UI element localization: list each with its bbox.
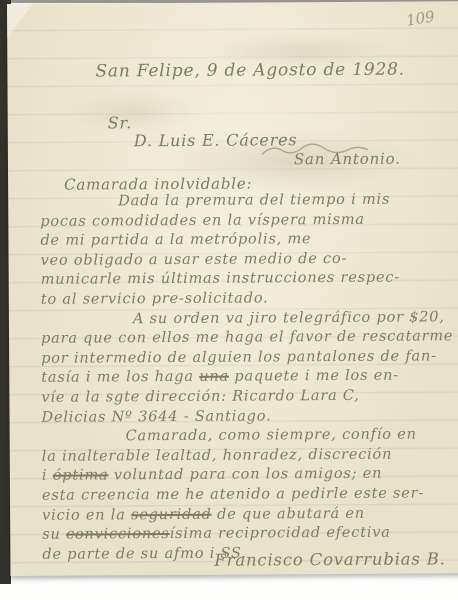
- struck-word: óptima: [53, 468, 109, 484]
- line-text: municarle mis últimas instrucciones resp…: [41, 270, 400, 288]
- addressee-place: San Antonio.: [294, 150, 401, 169]
- manuscript-line: Camarada, como siempre, confío en: [42, 425, 458, 447]
- manuscript-line: tasía i me los haga una paquete i me los…: [41, 367, 458, 389]
- letter-page: 109 San Felipe, 9 de Agosto de 1928. Sr.…: [7, 1, 458, 576]
- manuscript-line: su conviccionesísima reciprocidad efecti…: [42, 523, 458, 545]
- line-text: vicio en la: [42, 507, 131, 524]
- line-text: víe a la sgte dirección: Ricardo Lara C,: [41, 388, 359, 406]
- struck-word: convicciones: [66, 526, 170, 543]
- manuscript-line: para que con ellos me haga el favor de r…: [41, 327, 458, 349]
- line-text: esta creencia me he atenido a pedirle es…: [42, 485, 424, 503]
- line-text: de mi partida a la metrópolis, me: [40, 231, 311, 249]
- line-text: veo obligado a usar este medio de co-: [41, 251, 348, 269]
- manuscript-line: de mi partida a la metrópolis, me: [40, 229, 458, 251]
- line-text: su: [42, 527, 66, 543]
- line-text: de que abutará en: [212, 505, 365, 522]
- line-text: voluntad para con los amigos; en: [108, 466, 382, 484]
- manuscript-line: Delicias Nº 3644 - Santiago.: [41, 406, 458, 428]
- manuscript-line: municarle mis últimas instrucciones resp…: [41, 269, 458, 291]
- ink-bleed: [68, 91, 198, 134]
- folio-number: 109: [405, 7, 436, 29]
- line-text: A su orden va jiro telegráfico por $20,: [133, 309, 445, 327]
- manuscript-line: vicio en la seguridad de que abutará en: [42, 504, 458, 526]
- line-text: i: [42, 468, 53, 484]
- line-text: Delicias Nº 3644 - Santiago.: [41, 408, 271, 425]
- manuscript-line: víe a la sgte dirección: Ricardo Lara C,: [41, 386, 458, 408]
- line-text: pocas comodidades en la víspera misma: [40, 211, 365, 229]
- line-text: la inalterable lealtad, honradez, discre…: [42, 446, 393, 464]
- line-text: por intermedio de alguien los pantalones…: [41, 348, 437, 366]
- line-text: to al servicio pre-solicitado.: [41, 290, 269, 307]
- manuscript-line: la inalterable lealtad, honradez, discre…: [42, 445, 458, 467]
- manuscript-line: veo obligado a usar este medio de co-: [41, 249, 458, 271]
- paper-crease: [7, 4, 33, 38]
- manuscript-line: pocas comodidades en la víspera misma: [40, 210, 458, 232]
- signature: Francisco Covarrubias B.: [214, 549, 445, 569]
- line-text: para que con ellos me haga el favor de r…: [41, 328, 453, 347]
- manuscript-line: por intermedio de alguien los pantalones…: [41, 347, 458, 369]
- manuscript-line: i óptima voluntad para con los amigos; e…: [42, 465, 458, 487]
- line-text: ísima reciprocidad efectiva: [170, 525, 391, 542]
- line-text: Camarada, como siempre, confío en: [126, 427, 417, 445]
- line-text: paquete i me los en-: [229, 368, 399, 385]
- line-text: tasía i me los haga: [41, 369, 199, 386]
- scanned-letter: 109 San Felipe, 9 de Agosto de 1928. Sr.…: [0, 0, 458, 600]
- manuscript-line: A su orden va jiro telegráfico por $20,: [41, 308, 458, 330]
- line-text: Dada la premura del tiempo i mis: [118, 192, 390, 210]
- manuscript-line: esta creencia me he atenido a pedirle es…: [42, 484, 458, 506]
- struck-word: una: [199, 369, 229, 385]
- addressee-title: Sr.: [108, 113, 132, 132]
- manuscript-line: Dada la premura del tiempo i mis: [40, 190, 458, 212]
- letter-body: Dada la premura del tiempo i mis pocas c…: [40, 190, 458, 565]
- manuscript-line: to al servicio pre-solicitado.: [41, 288, 458, 310]
- dateline: San Felipe, 9 de Agosto de 1928.: [95, 60, 405, 82]
- struck-word: seguridad: [131, 506, 212, 522]
